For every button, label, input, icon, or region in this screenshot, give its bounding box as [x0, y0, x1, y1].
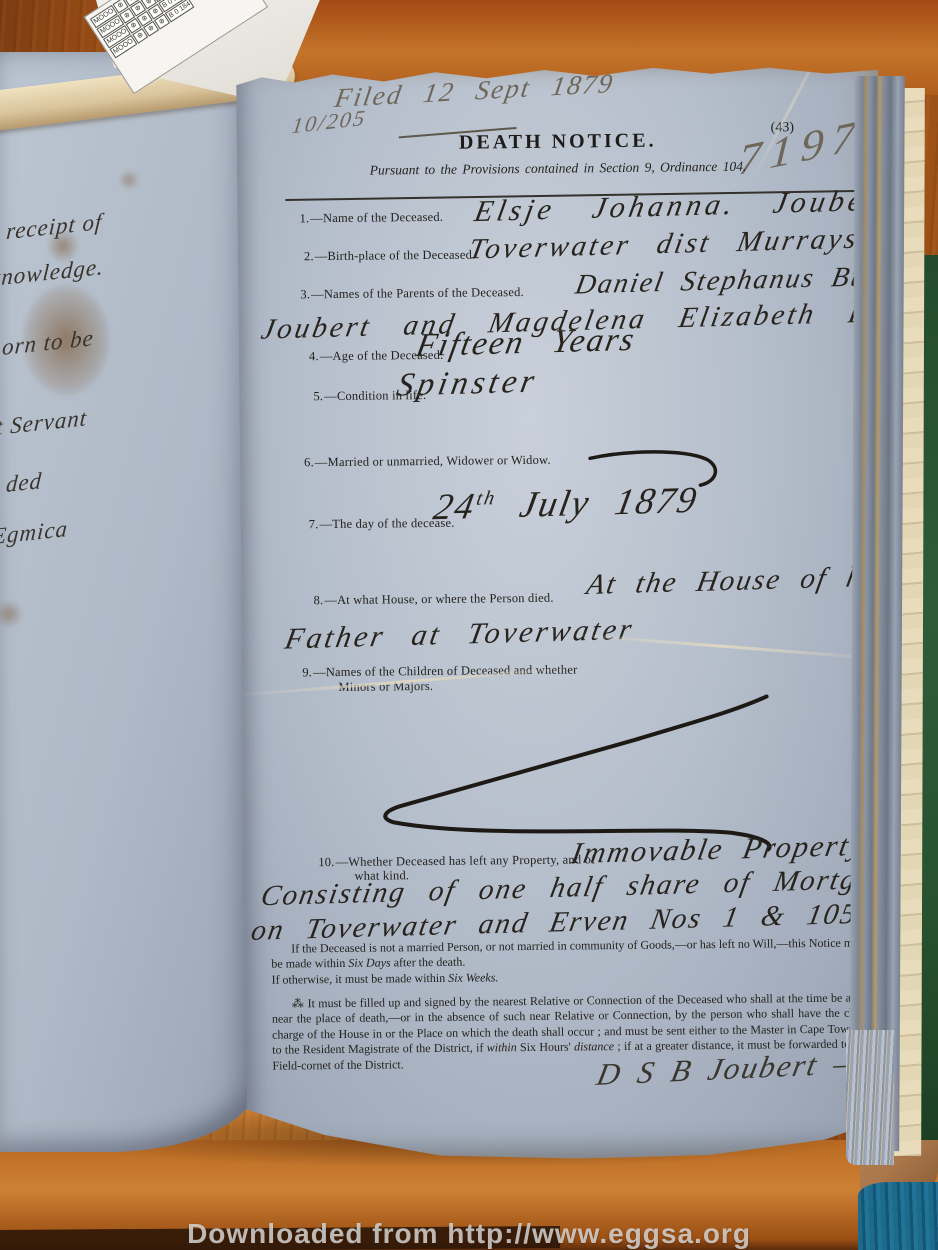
handwriting-fragment: ded — [5, 468, 43, 498]
field-2-label: 2.—Birth-place of the Deceased. — [304, 248, 476, 265]
death-notice-page: Filed 12 Sept 1879 10/205 (43) 7197 DEAT… — [236, 63, 889, 1162]
field-8-label: 8.—At what House, or where the Person di… — [313, 591, 553, 609]
field-1-answer: Elsje Johanna. Joubert — [472, 183, 897, 229]
folded-page-edges — [849, 76, 905, 1151]
field-1-label: 1.—Name of the Deceased. — [299, 210, 443, 227]
ink-stain — [0, 600, 24, 628]
page-stack-edges — [846, 1030, 894, 1165]
ink-stain — [118, 170, 140, 190]
field-3-label: 3.—Names of the Parents of the Deceased. — [300, 285, 524, 302]
blank-z-flourish — [335, 686, 777, 856]
handwriting-fragment: t Servant — [0, 405, 88, 441]
instruction-paragraph-1: If the Deceased is not a married Person,… — [271, 935, 867, 987]
field-10-label: 10.—Whether Deceased has left any Proper… — [318, 852, 595, 870]
field-4-answer: Fifteen Years — [413, 322, 638, 365]
field-8-answer: At the House of her — [584, 560, 895, 602]
watermark-text: Downloaded from http://www.eggsa.org — [0, 1218, 938, 1250]
handwriting-fragment: Egmica — [0, 516, 69, 550]
field-7-answer: 24th July 1879 — [430, 479, 701, 529]
field-5-answer: Spinster — [394, 364, 541, 405]
handwriting-fragment: receipt of — [5, 209, 103, 245]
asterism-mark: ⁂ — [292, 996, 308, 1010]
field-6-label: 6.—Married or unmarried, Widower or Wido… — [304, 453, 551, 471]
previous-page: receipt of knowledge. orn to be t Servan… — [0, 52, 258, 1152]
form-subtitle: Pursuant to the Provisions contained in … — [237, 157, 879, 180]
